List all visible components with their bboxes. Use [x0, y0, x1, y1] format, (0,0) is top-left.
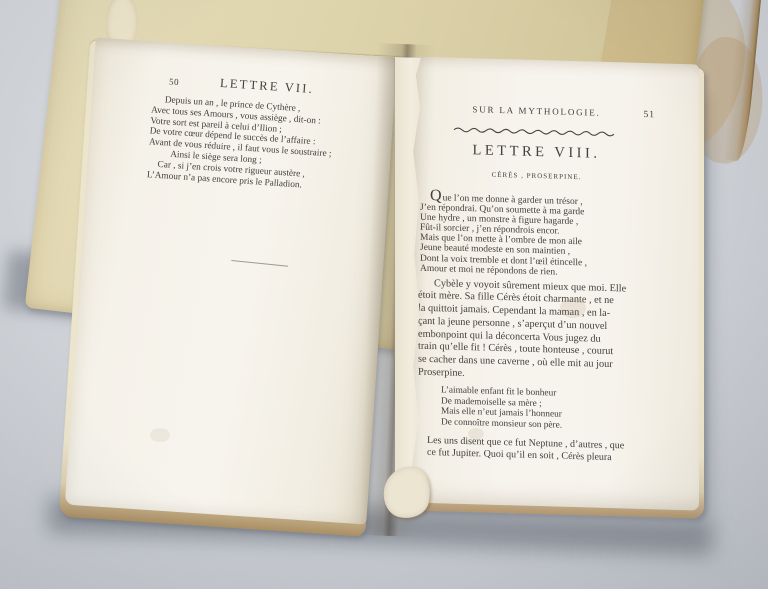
section-divider-rule	[231, 260, 288, 267]
chapter-subheading: CÉRÈS , PROSERPINE.	[418, 169, 655, 184]
quoted-verse: L’aimable enfant fit le bonheur De madem…	[441, 386, 655, 434]
wavy-rule	[452, 126, 622, 139]
closing-paragraph: Les uns disent que ce fut Neptune , d’au…	[427, 435, 655, 466]
photo-scene: 50 LETTRE VII. Depuis un an , le prince …	[0, 0, 768, 589]
left-page-content: 50 LETTRE VII. Depuis un an , le prince …	[146, 71, 381, 195]
left-page-poem: Depuis un an , le prince de Cythère , Av…	[146, 94, 379, 195]
right-page-content: SUR LA MYTHOLOGIE. 51 LETTRE VIII. CÉRÈS…	[418, 103, 655, 466]
chapter-heading: LETTRE VIII.	[418, 141, 655, 165]
left-page: 50 LETTRE VII. Depuis un an , le prince …	[65, 38, 397, 525]
running-head: SUR LA MYTHOLOGIE.	[418, 103, 655, 120]
right-page-poem: Que l’on me donne à garder un trésor , J…	[420, 191, 655, 280]
right-page: SUR LA MYTHOLOGIE. 51 LETTRE VIII. CÉRÈS…	[394, 56, 699, 511]
right-page-folio: 51	[644, 110, 656, 120]
running-head-row: SUR LA MYTHOLOGIE. 51	[418, 103, 655, 124]
prose-paragraph: Cybèle y voyoit sûrement mieux que moi. …	[418, 277, 655, 385]
